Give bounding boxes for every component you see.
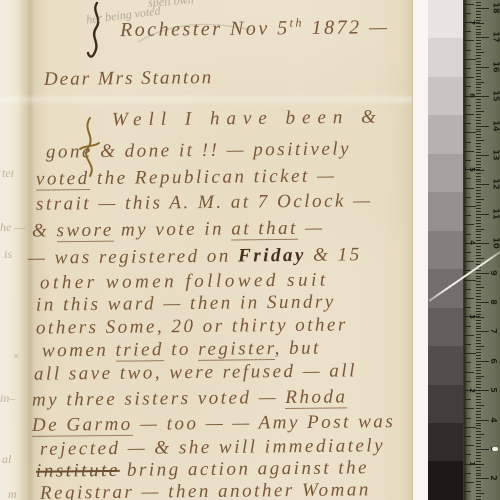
grayscale-step (428, 461, 463, 499)
ruler-number: 1 (468, 461, 475, 466)
ruler-tick (476, 431, 481, 432)
ruler-tick (465, 188, 474, 189)
ruler-tick (476, 311, 481, 312)
body-line: Well I have been & (112, 107, 383, 132)
ruler-tick (465, 280, 476, 281)
ruler-number: 6 (468, 93, 475, 98)
ruler-tick (465, 77, 474, 78)
ruler-number: 7 (468, 20, 475, 25)
ruler-tick (476, 34, 481, 35)
ruler-tick (476, 29, 481, 30)
ruler-tick (476, 384, 481, 385)
ruler-tick (465, 114, 474, 115)
ruler-tick (476, 370, 481, 371)
ruler-tick (476, 158, 481, 159)
bleedthrough-fragment: is (4, 247, 12, 262)
ruler-tick (476, 87, 481, 88)
ruler-tick (476, 340, 481, 341)
body-line: voted the Republican ticket — (36, 165, 337, 190)
ruler-tick (476, 208, 481, 209)
grayscale-step (428, 38, 463, 76)
ruler-number: 7 (489, 329, 497, 335)
ruler-tick (465, 132, 476, 133)
ruler-tick (476, 493, 484, 494)
ruler-tick (465, 31, 471, 32)
ruler-tick (476, 8, 489, 9)
ruler-tick (476, 290, 481, 291)
ruler-tick (476, 425, 481, 426)
ruler-tick (476, 387, 481, 388)
ruler-tick (476, 120, 481, 121)
ruler-tick (465, 215, 471, 216)
ruler-tick (476, 305, 481, 306)
ruler-tick (465, 436, 471, 437)
ruler-number: 4 (468, 240, 475, 245)
ruler-tick (476, 276, 481, 277)
ruler-tick (476, 273, 489, 274)
ruler-tick (476, 346, 484, 347)
ruler-tick (476, 5, 481, 6)
ruler-tick (476, 411, 481, 412)
ruler-tick (476, 473, 481, 474)
ruler-tick (476, 378, 481, 379)
ruler-tick (465, 335, 474, 336)
ruler-tick (476, 352, 481, 353)
body-line: other women followed suit (40, 269, 329, 294)
grayscale-step-wedge (428, 0, 463, 500)
ruler-tick (476, 481, 481, 482)
bleedthrough-fragment: al (2, 452, 11, 467)
ruler-tick (476, 2, 481, 3)
ruler-tick (476, 181, 481, 182)
ruler-tick (465, 234, 471, 235)
ruler-number: 16 (492, 61, 500, 72)
ruler-tick (476, 155, 489, 156)
ruler-tick (476, 111, 484, 112)
ruler-tick (476, 217, 481, 218)
ruler-tick (476, 323, 481, 324)
ruler-tick (476, 437, 481, 438)
ruler-tick (476, 293, 481, 294)
ruler-tick (476, 334, 481, 335)
ruler-tick (476, 446, 481, 447)
ruler-tick (476, 296, 481, 297)
ruler-tick (476, 308, 481, 309)
grayscale-step (428, 115, 463, 153)
ruler-tick (476, 84, 481, 85)
ruler-tick (465, 399, 471, 400)
grayscale-step (428, 0, 463, 38)
ruler-tick (476, 299, 481, 300)
ruler-tick (476, 61, 481, 62)
ruler-tick (476, 229, 484, 230)
ruler-tick (476, 102, 481, 103)
ruler-tick (476, 314, 481, 315)
ruler-tick (476, 428, 481, 429)
ruler-tick (465, 142, 471, 143)
ruler-number: 18 (492, 2, 500, 13)
ruler-tick (476, 470, 481, 471)
ruler-tick (476, 93, 481, 94)
ruler-tick (476, 417, 481, 418)
ruler-tick (476, 240, 481, 241)
body-line: others Some, 20 or thirty other (36, 314, 348, 339)
ruler-tick (476, 443, 481, 444)
ruler-tick (465, 307, 471, 308)
ruler-tick (465, 252, 471, 253)
ruler-tick (476, 105, 481, 106)
ruler-tick (476, 376, 484, 377)
ruler-number: 8 (489, 299, 497, 305)
ruler-tick (476, 434, 484, 435)
body-line: strait — this A. M. at 7 Oclock — (36, 190, 373, 216)
ruler-tick (465, 372, 474, 373)
ruler-tick (476, 46, 481, 47)
ruler-tick (476, 381, 481, 382)
ruler-tick (476, 99, 481, 100)
ruler-tick (476, 252, 481, 253)
ruler-tick (476, 202, 481, 203)
ruler-tick (476, 64, 481, 65)
ruler-tick (476, 258, 484, 259)
grayscale-step (428, 154, 463, 192)
letter-page: spell ownher being voted teihe —is×in–al… (0, 0, 413, 500)
ruler-tick (476, 393, 481, 394)
ruler-tick (476, 467, 481, 468)
ruler-tick (476, 140, 484, 141)
dust-speck (492, 447, 498, 451)
bleedthrough-fragment: in– (0, 391, 15, 406)
ruler-number: 13 (492, 149, 500, 160)
ruler-tick (476, 396, 481, 397)
ruler-tick (476, 131, 481, 132)
ruler-tick (476, 214, 489, 215)
ruler-tick (476, 161, 481, 162)
ruler-tick (476, 343, 481, 344)
ruler-tick (476, 43, 481, 44)
ruler-tick (476, 320, 481, 321)
ruler-tick (465, 381, 471, 382)
ruler-tick (476, 358, 481, 359)
ruler-tick (476, 414, 481, 415)
ruler-tick (476, 90, 481, 91)
ruler-tick (476, 261, 481, 262)
ruler-number: 12 (492, 179, 500, 190)
grayscale-step (428, 192, 463, 230)
ruler-tick (476, 484, 481, 485)
body-line: & swore my vote in at that — (32, 217, 325, 242)
ruler-tick (476, 461, 481, 462)
body-line: gone & done it !! — positively (46, 138, 351, 163)
ruler-tick (476, 249, 481, 250)
grayscale-step (428, 385, 463, 423)
grayscale-step (428, 231, 463, 269)
ruler-tick (476, 211, 481, 212)
ruler-tick (465, 408, 474, 409)
grayscale-step (428, 308, 463, 346)
ruler-number: 2 (468, 388, 475, 393)
ruler-tick (465, 197, 471, 198)
ruler-tick (476, 331, 489, 332)
ruler-tick (476, 281, 481, 282)
ruler-tick (476, 146, 481, 147)
ruler-tick (476, 20, 481, 21)
ruler-number: 5 (489, 387, 497, 393)
ruler-number: 10 (492, 238, 500, 249)
ruler-tick (465, 105, 471, 106)
ruler-tick (465, 178, 471, 179)
ruler-tick (465, 445, 474, 446)
ruler-tick (476, 302, 489, 303)
ruler-tick (476, 373, 481, 374)
ruler-tick (476, 337, 481, 338)
ruler-tick (476, 355, 481, 356)
ruler-tick (465, 160, 471, 161)
ruler-tick (465, 418, 471, 419)
ruler-tick (476, 408, 481, 409)
ruler-tick (476, 164, 481, 165)
ruler-tick (476, 49, 481, 50)
ruler-tick (476, 67, 489, 68)
ruler-tick (476, 458, 481, 459)
ruler-tick (476, 37, 489, 38)
ruler-tick (476, 284, 481, 285)
ruler-tick (476, 14, 481, 15)
ruler-tick (476, 226, 481, 227)
ruler-tick (476, 17, 481, 18)
salutation: Dear Mrs Stanton (44, 67, 213, 91)
ruler-tick (476, 278, 481, 279)
ruler-tick (476, 190, 481, 191)
ruler-tick (476, 137, 481, 138)
ruler-tick (476, 149, 481, 150)
body-line: all save two, were refused — all (34, 360, 357, 385)
ruler-tick (476, 117, 481, 118)
ruler-tick (465, 326, 471, 327)
ruler-tick (476, 187, 481, 188)
ruler-tick (465, 362, 471, 363)
ruler-tick (465, 261, 474, 262)
ruler-tick (476, 478, 489, 479)
ruler-tick (465, 473, 471, 474)
ruler-tick (465, 298, 474, 299)
ruler-tick (476, 199, 484, 200)
ruler-tick (476, 184, 489, 185)
bleedthrough-fragment: m (8, 487, 17, 500)
ruler-tick (476, 129, 481, 130)
ruler-tick (465, 427, 476, 428)
ruler-tick (476, 55, 481, 56)
ruler-tick (465, 4, 474, 5)
ruler-tick (476, 73, 481, 74)
ruler-number: 2 (489, 476, 497, 482)
ruler-number: 15 (492, 91, 500, 102)
body-line: in this ward — then in Sundry (36, 291, 336, 316)
ruler-tick (476, 405, 484, 406)
ruler-tick (476, 402, 481, 403)
ruler-tick (465, 491, 471, 492)
ruler-tick (476, 234, 481, 235)
ruler-tick (476, 26, 481, 27)
ruler-tick (476, 423, 481, 424)
ruler-tick (476, 220, 481, 221)
ruler-number: 9 (489, 270, 497, 276)
ruler-tick (476, 237, 481, 238)
ruler-tick (476, 32, 481, 33)
bleedthrough-fragment: he — (0, 220, 25, 235)
ruler-tick (476, 76, 481, 77)
ruler-tick (476, 399, 481, 400)
ruler-tick (476, 496, 481, 497)
ruler-tick (476, 246, 481, 247)
body-line: my three sisters voted — Rhoda (32, 386, 348, 411)
ruler: 181716151413121110987654327654321 (463, 0, 500, 500)
ruler-tick (476, 52, 484, 53)
ruler-tick (476, 440, 481, 441)
ruler-tick (476, 326, 481, 327)
ruler-tick (465, 68, 471, 69)
ruler-tick (476, 231, 481, 232)
ruler-tick (465, 151, 474, 152)
ruler-tick (476, 420, 489, 421)
ruler-tick (476, 287, 484, 288)
ruler-tick (476, 255, 481, 256)
ruler-tick (476, 490, 481, 491)
ruler-number: 17 (492, 32, 500, 43)
ruler-tick (476, 223, 481, 224)
ruler-tick (476, 270, 481, 271)
ruler-tick (476, 70, 481, 71)
ruler-number: 14 (492, 120, 500, 131)
ruler-tick (476, 11, 481, 12)
ruler-tick (476, 196, 481, 197)
ruler-tick (476, 167, 481, 168)
ruler-tick (465, 353, 476, 354)
ruler-tick (476, 367, 481, 368)
ruler-tick (465, 40, 474, 41)
ruler-number: 3 (468, 314, 475, 319)
ruler-tick (465, 59, 476, 60)
ruler-tick (476, 475, 481, 476)
ruler-number: 11 (492, 208, 500, 219)
ruler-tick (465, 344, 471, 345)
ruler-tick (476, 134, 481, 135)
bleedthrough-fragment: × (12, 349, 20, 364)
ruler-tick (465, 206, 476, 207)
grayscale-step (428, 423, 463, 461)
ruler-tick (476, 364, 481, 365)
body-line: women tried to register, but (42, 338, 321, 363)
ruler-tick (476, 173, 481, 174)
ruler-number: 5 (468, 167, 475, 172)
ruler-tick (476, 205, 481, 206)
ruler-tick (465, 454, 471, 455)
ruler-tick (476, 179, 481, 180)
ruler-tick (476, 108, 481, 109)
ruler-tick (476, 193, 481, 194)
grayscale-step (428, 346, 463, 384)
ruler-tick (476, 58, 481, 59)
ruler-tick (476, 152, 481, 153)
ruler-number: 6 (489, 358, 497, 364)
letter-scan: spell ownher being voted teihe —is×in–al… (0, 0, 500, 500)
ruler-tick (476, 126, 489, 127)
bleedthrough-fragment: tei (2, 166, 14, 181)
ruler-tick (465, 482, 474, 483)
ruler-tick (465, 289, 471, 290)
ruler-tick (476, 452, 481, 453)
ruler-tick (476, 361, 489, 362)
ruler-tick (476, 349, 481, 350)
ruler-tick (476, 487, 481, 488)
scan-background-gap (413, 0, 428, 500)
ruler-tick (476, 328, 481, 329)
ruler-tick (476, 40, 481, 41)
ruler-tick (465, 13, 471, 14)
ruler-tick (476, 123, 481, 124)
body-line: De Garmo — too — — Amy Post was (32, 411, 395, 437)
dateline: Rochester Nov 5th 1872 — (120, 15, 390, 42)
grayscale-step (428, 77, 463, 115)
ruler-tick (476, 79, 481, 80)
ruler-tick (465, 50, 471, 51)
body-line: Registrar — then another Woman (40, 479, 371, 500)
ruler-tick (465, 224, 474, 225)
ruler-tick (476, 176, 481, 177)
ruler-number: 4 (489, 417, 497, 423)
ruler-tick (465, 86, 471, 87)
ruler-tick (465, 123, 471, 124)
ruler-tick (476, 82, 484, 83)
ruler-tick (476, 143, 481, 144)
body-line: — was registered on Friday & 15 (28, 244, 362, 269)
ruler-tick (476, 449, 489, 450)
ruler-tick (476, 114, 481, 115)
ruler-tick (476, 455, 481, 456)
